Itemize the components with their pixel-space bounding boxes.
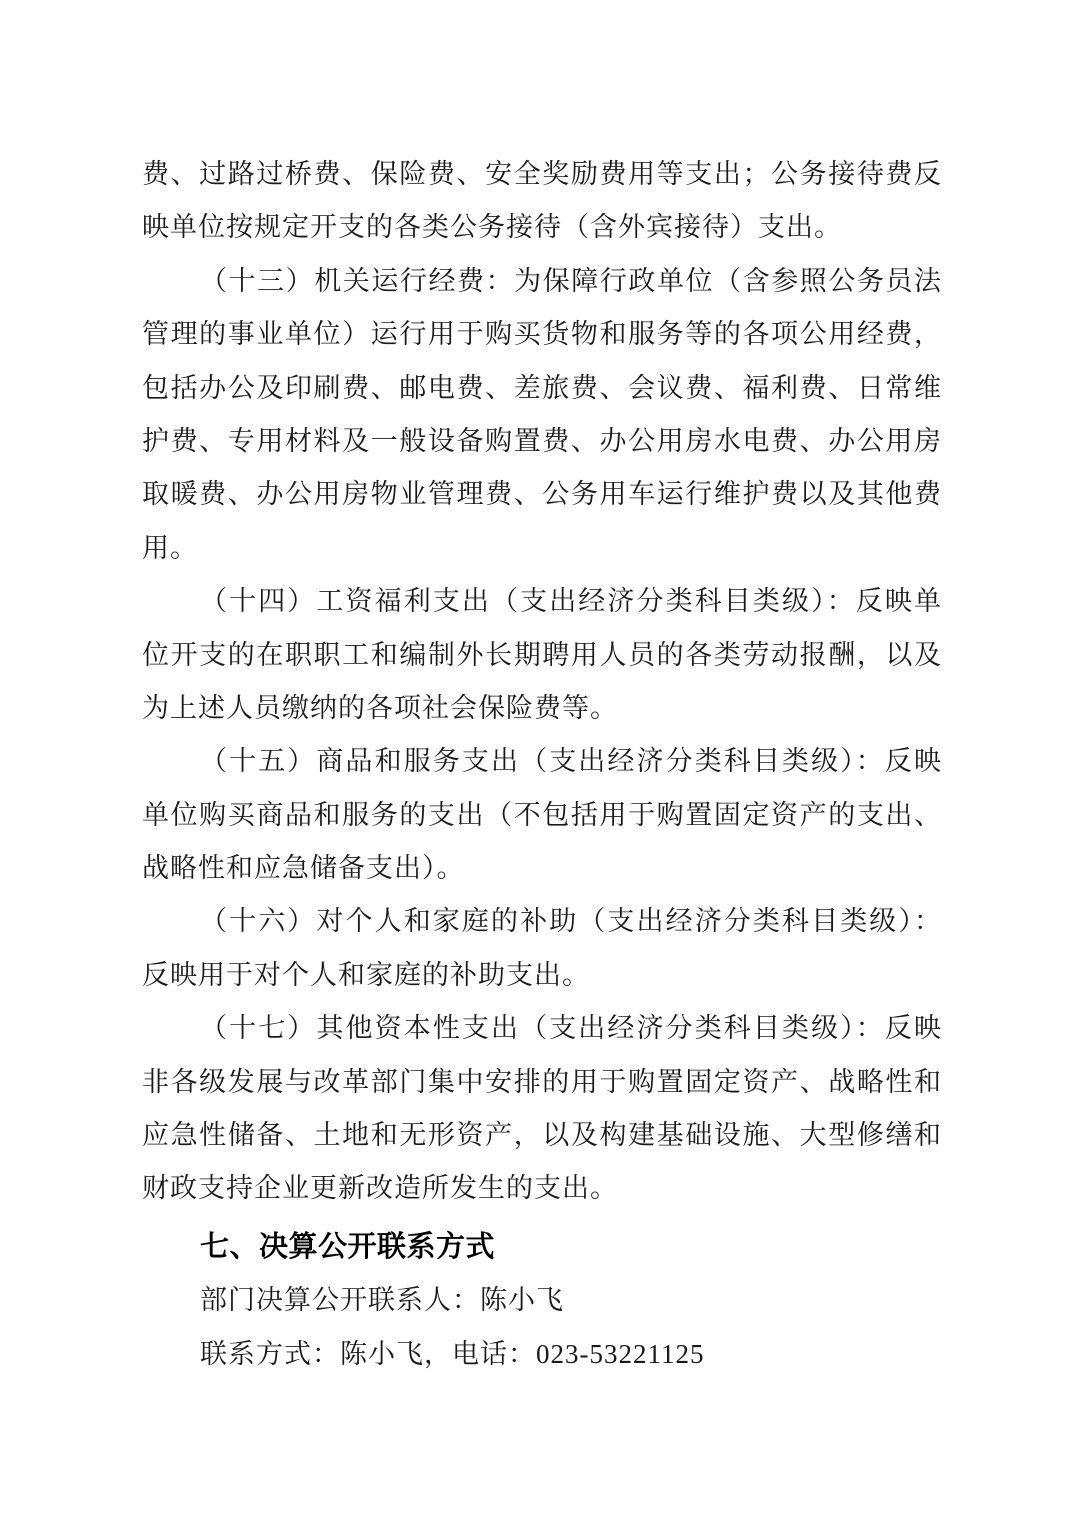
text-line: 应急性储备、土地和无形资产，以及构建基础设施、大型修缮和 xyxy=(142,1109,942,1162)
text-line: 护费、专用材料及一般设备购置费、办公用房水电费、办公用房 xyxy=(142,415,942,468)
text-line: 用。 xyxy=(142,522,942,575)
text-line: 位开支的在职职工和编制外长期聘用人员的各类劳动报酬，以及 xyxy=(142,629,942,682)
text-line: 反映用于对个人和家庭的补助支出。 xyxy=(142,949,942,1002)
text-line: （十五）商品和服务支出（支出经济分类科目类级）：反映 xyxy=(142,735,942,788)
text-line: 非各级发展与改革部门集中安排的用于购置固定资产、战略性和 xyxy=(142,1056,942,1109)
text-line: （十七）其他资本性支出（支出经济分类科目类级）：反映 xyxy=(142,1002,942,1055)
text-line: 包括办公及印刷费、邮电费、差旅费、会议费、福利费、日常维 xyxy=(142,362,942,415)
text-line: 取暖费、办公用房物业管理费、公务用车运行维护费以及其他费 xyxy=(142,468,942,521)
text-line: 费、过路过桥费、保险费、安全奖励费用等支出；公务接待费反 xyxy=(142,148,942,201)
document-page: 费、过路过桥费、保险费、安全奖励费用等支出；公务接待费反映单位按规定开支的各类公… xyxy=(0,0,1074,1520)
text-line: 管理的事业单位）运行用于购买货物和服务等的各项公用经费， xyxy=(142,308,942,361)
section-heading: 七、决算公开联系方式 xyxy=(142,1221,942,1274)
text-line: （十三）机关运行经费：为保障行政单位（含参照公务员法 xyxy=(142,255,942,308)
text-line: 部门决算公开联系人：陈小飞 xyxy=(142,1274,942,1327)
text-line: 联系方式：陈小飞，电话：023-53221125 xyxy=(142,1328,942,1381)
text-line: （十六）对个人和家庭的补助（支出经济分类科目类级）： xyxy=(142,895,942,948)
text-line: （十四）工资福利支出（支出经济分类科目类级）：反映单 xyxy=(142,575,942,628)
document-text-block: 费、过路过桥费、保险费、安全奖励费用等支出；公务接待费反映单位按规定开支的各类公… xyxy=(142,148,942,1381)
text-line: 战略性和应急储备支出）。 xyxy=(142,842,942,895)
text-line: 单位购买商品和服务的支出（不包括用于购置固定资产的支出、 xyxy=(142,789,942,842)
text-line: 映单位按规定开支的各类公务接待（含外宾接待）支出。 xyxy=(142,201,942,254)
text-line: 财政支持企业更新改造所发生的支出。 xyxy=(142,1162,942,1215)
text-line: 为上述人员缴纳的各项社会保险费等。 xyxy=(142,682,942,735)
